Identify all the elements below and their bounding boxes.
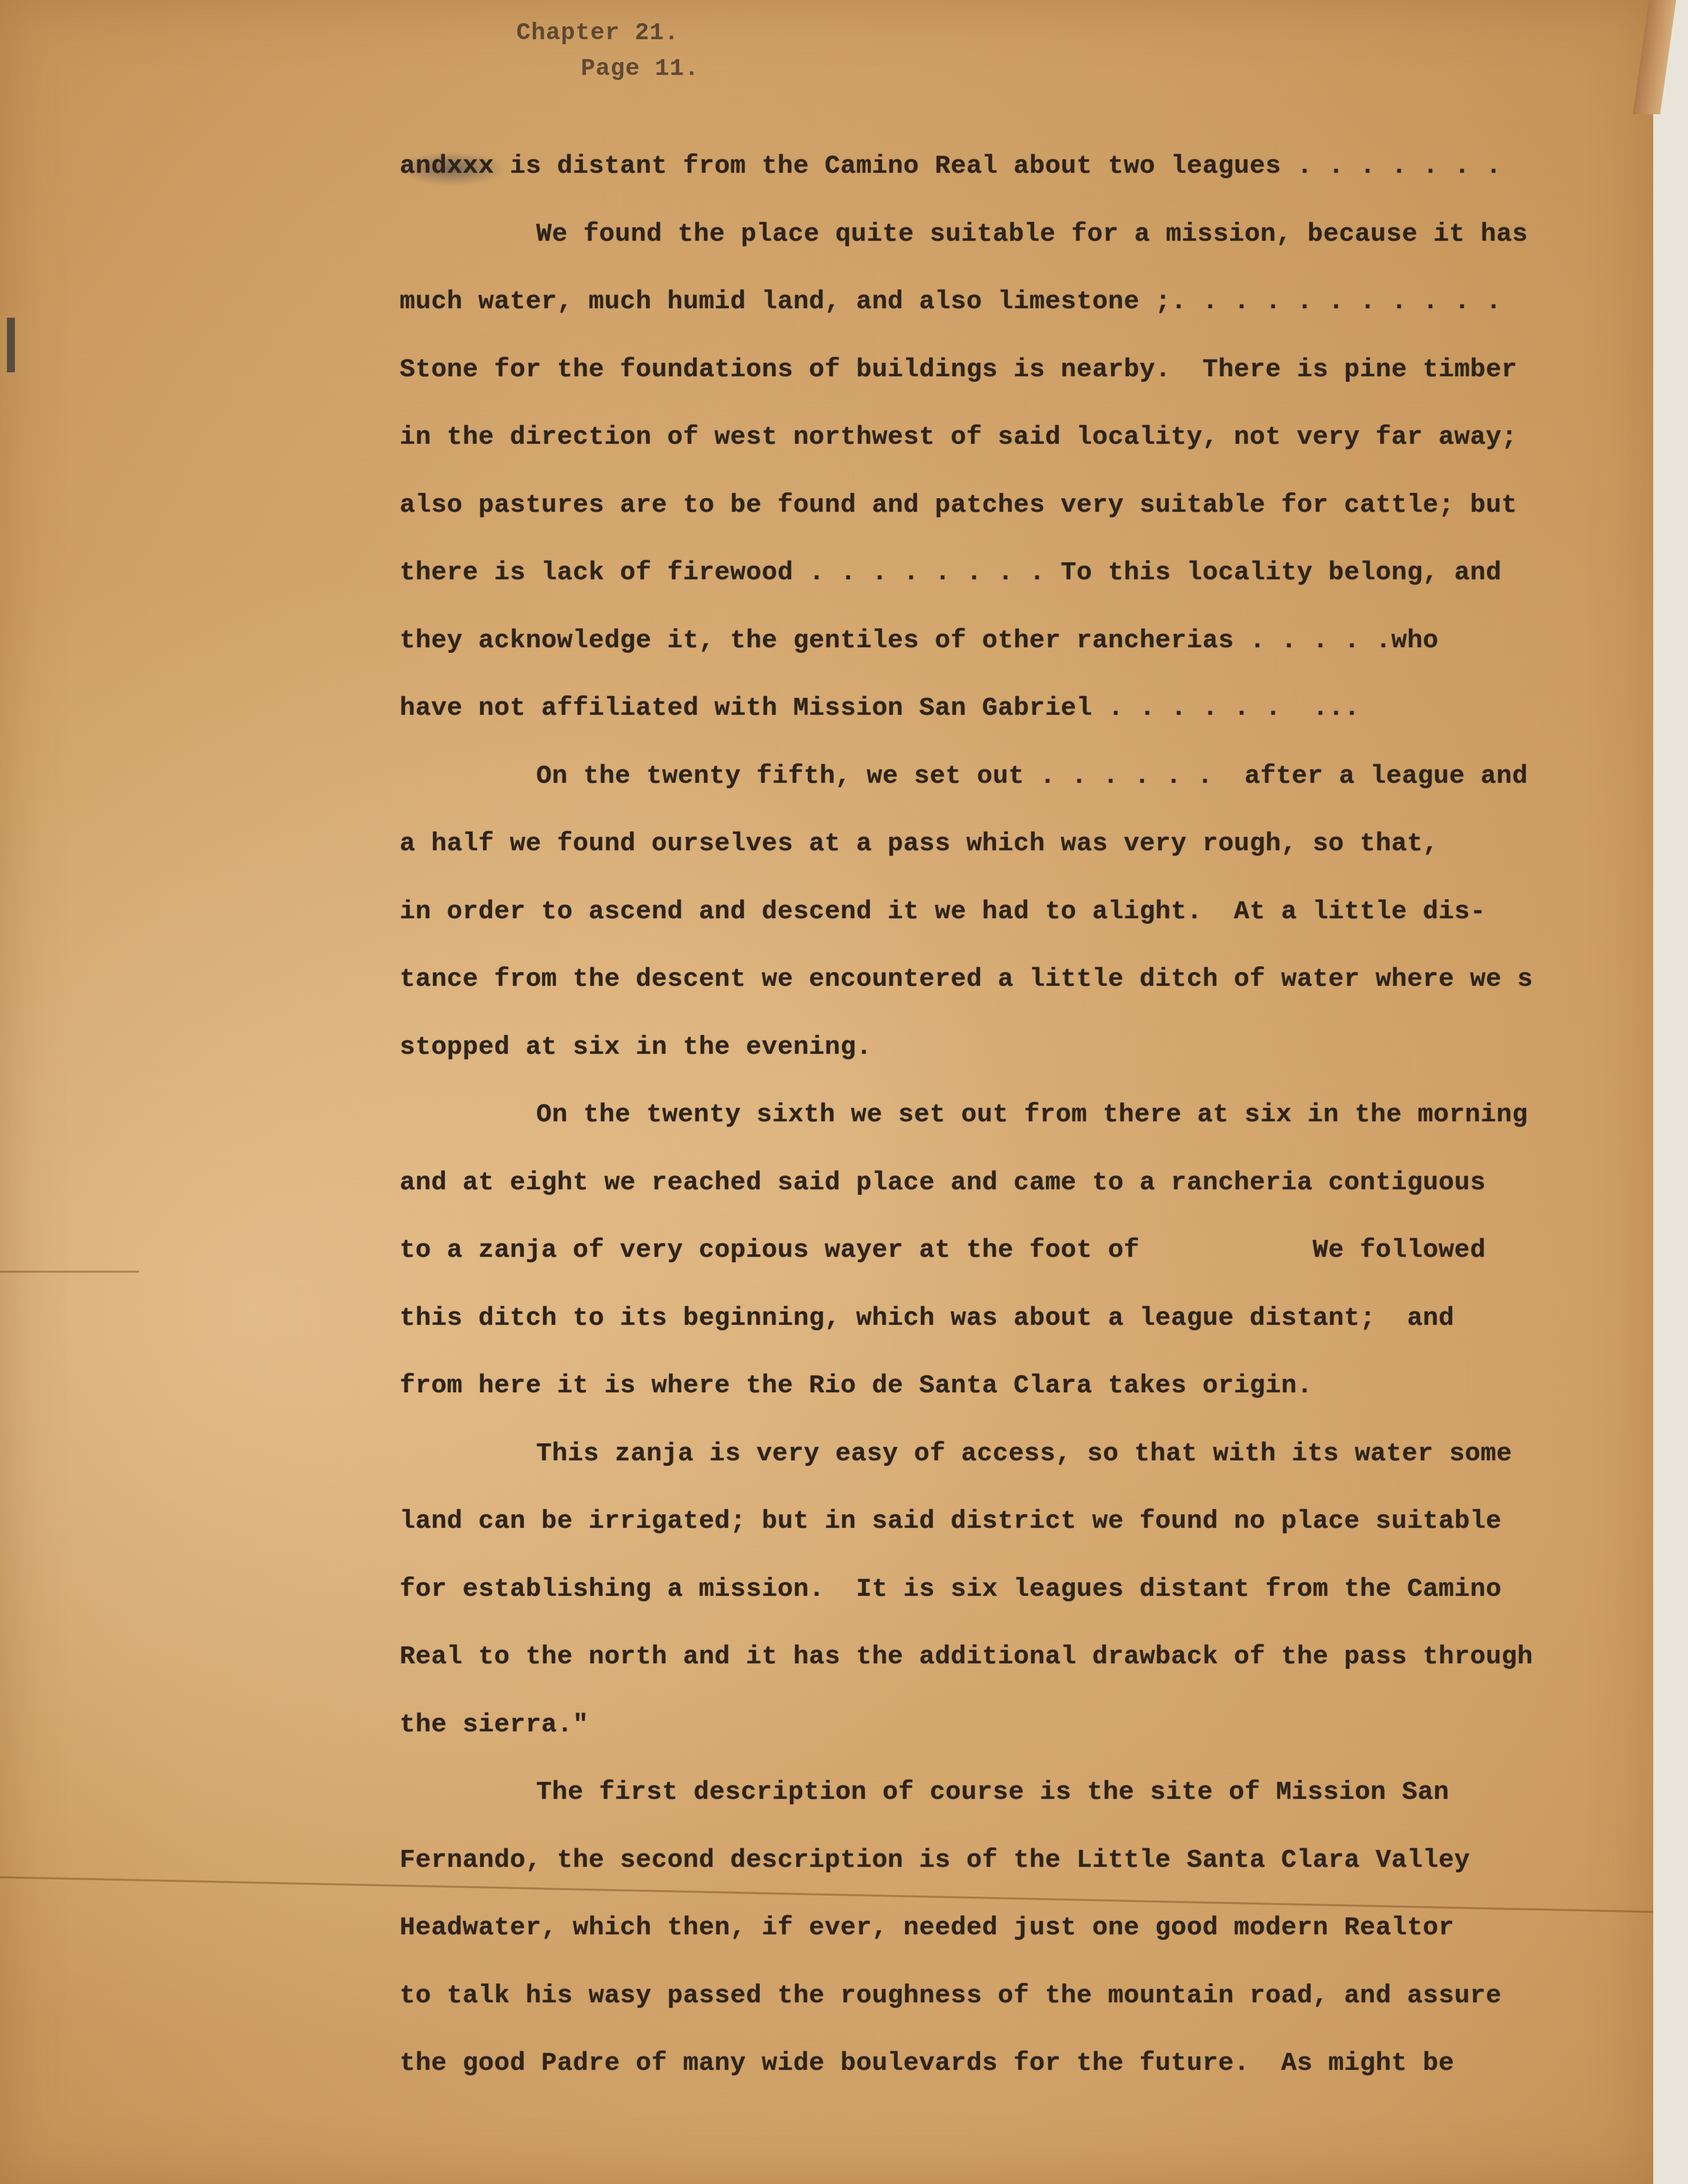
text-line: the sierra."	[400, 1710, 1641, 1739]
text-line: to talk his wasy passed the roughness of…	[400, 1981, 1641, 2010]
text-line: in order to ascend and descend it we had…	[400, 897, 1641, 926]
page-number: Page 11.	[581, 56, 699, 82]
text-line: We found the place quite suitable for a …	[536, 219, 1688, 249]
text-line: in the direction of west northwest of sa…	[400, 422, 1641, 452]
text-line: Stone for the foundations of buildings i…	[400, 355, 1641, 384]
text-line: there is lack of firewood . . . . . . . …	[400, 558, 1641, 587]
text-line: Real to the north and it has the additio…	[400, 1642, 1641, 1671]
text-line: This zanja is very easy of access, so th…	[536, 1439, 1688, 1468]
text-line: stopped at six in the evening.	[400, 1032, 1641, 1062]
text-line: also pastures are to be found and patche…	[400, 490, 1641, 520]
text-line: andxxx is distant from the Camino Real a…	[400, 151, 1641, 181]
text-line: have not affiliated with Mission San Gab…	[400, 693, 1641, 723]
text-line: and at eight we reached said place and c…	[400, 1168, 1641, 1197]
text-line: land can be irrigated; but in said distr…	[400, 1506, 1641, 1536]
text-line: the good Padre of many wide boulevards f…	[400, 2048, 1641, 2078]
text-line: a half we found ourselves at a pass whic…	[400, 829, 1641, 858]
text-line: tance from the descent we encountered a …	[400, 964, 1641, 994]
text-line: this ditch to its beginning, which was a…	[400, 1303, 1641, 1333]
chapter-heading: Chapter 21.	[516, 20, 679, 47]
text-line: Headwater, which then, if ever, needed j…	[400, 1913, 1641, 1942]
text-line: The first description of course is the s…	[536, 1777, 1688, 1807]
text-line: much water, much humid land, and also li…	[400, 287, 1641, 316]
text-line: for establishing a mission. It is six le…	[400, 1574, 1641, 1604]
text-line: On the twenty sixth we set out from ther…	[536, 1100, 1688, 1129]
text-line: from here it is where the Rio de Santa C…	[400, 1371, 1641, 1400]
margin-mark	[7, 318, 15, 372]
text-line: Fernando, the second description is of t…	[400, 1845, 1641, 1875]
text-line: to a zanja of very copious wayer at the …	[400, 1235, 1641, 1265]
text-line: they acknowledge it, the gentiles of oth…	[400, 626, 1641, 655]
tear-left	[0, 1271, 139, 1273]
text-line: On the twenty fifth, we set out . . . . …	[536, 761, 1688, 791]
